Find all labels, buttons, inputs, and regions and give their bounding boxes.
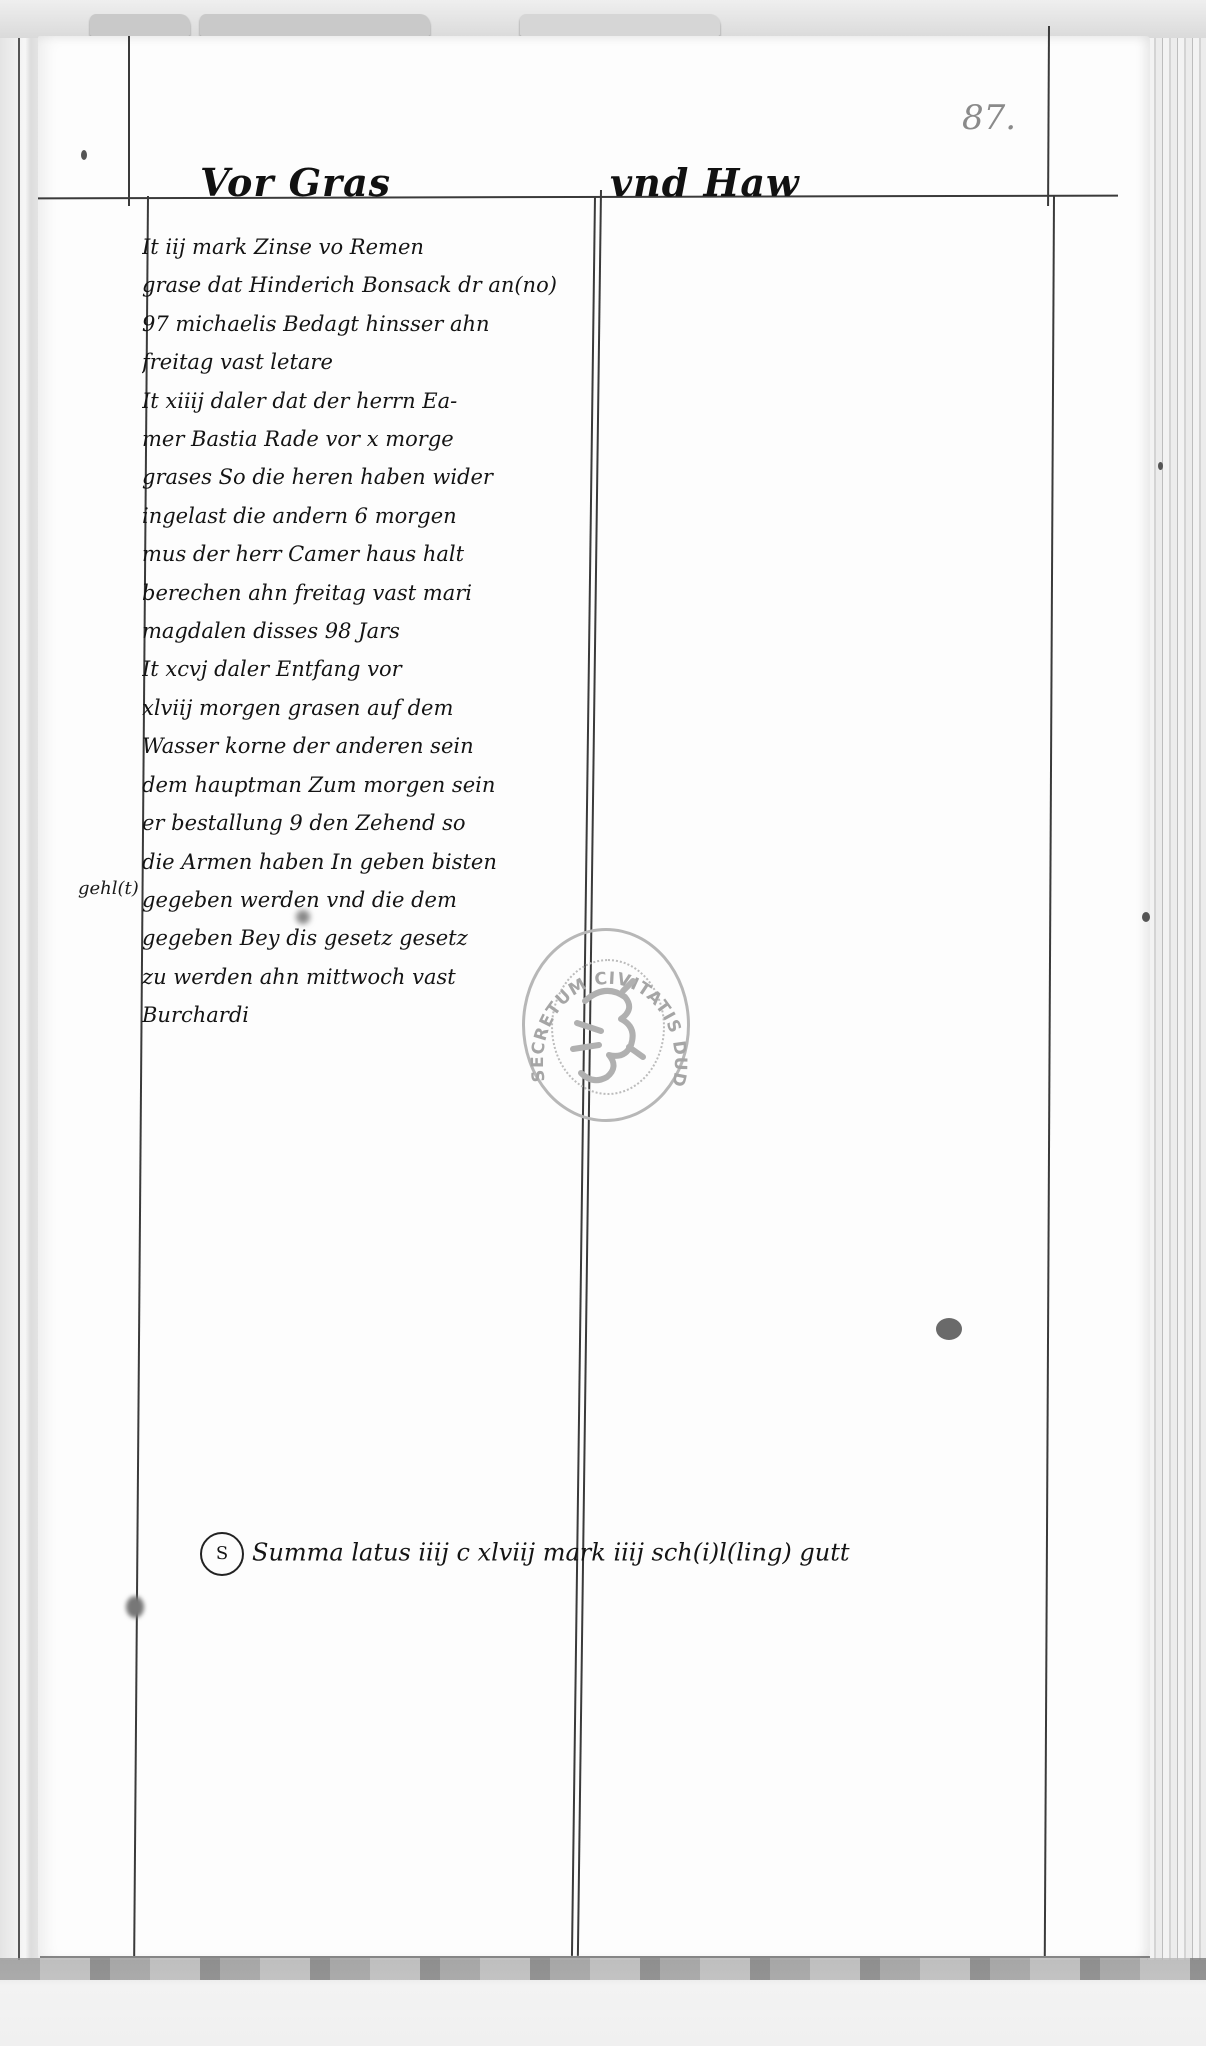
- entry-line: berechen ahn freitag vast mari: [142, 574, 612, 612]
- entry-line: ingelast die andern 6 morgen: [142, 497, 612, 535]
- summary-text: Summa latus iiij c xlviij mark iiij sch(…: [252, 1539, 849, 1567]
- entry-line: dem hauptman Zum morgen sein: [142, 766, 612, 804]
- entry-line: die Armen haben In geben bisten: [142, 843, 612, 881]
- margin-rule-upper: [128, 36, 130, 206]
- ledger-entry: It xiiij daler dat der herrn Ea- mer Bas…: [142, 382, 612, 651]
- ink-spot: [1158, 462, 1163, 470]
- city-seal-stamp: SECRETUM CIVITATIS DUDERSTADIENSIS: [522, 928, 690, 1122]
- entry-line: grase dat Hinderich Bonsack dr an(no): [142, 266, 612, 304]
- page-number: 87.: [962, 98, 1016, 138]
- entry-line: It iij mark Zinse vo Remen: [142, 228, 612, 266]
- torn-paper-fragment: [200, 14, 430, 36]
- margin-note: gehl(t): [78, 878, 139, 899]
- ledger-entries: It iij mark Zinse vo Remen grase dat Hin…: [142, 228, 612, 1035]
- entry-line: magdalen disses 98 Jars: [142, 612, 612, 650]
- entry-line: It xcvj daler Entfang vor: [142, 650, 612, 688]
- entry-line: er bestallung 9 den Zehend so: [142, 804, 612, 842]
- entry-line: freitag vast letare: [142, 343, 612, 381]
- scan-top-edge: [0, 0, 1206, 40]
- entry-line: grases So die heren haben wider: [142, 458, 612, 496]
- torn-paper-fragment: [90, 14, 190, 36]
- book-bottom-edge: [0, 1958, 1206, 1980]
- ink-spot: [126, 1596, 144, 1618]
- torn-paper-fragment: [520, 14, 720, 36]
- ink-spot: [296, 910, 310, 924]
- entry-line: mer Bastia Rade vor x morge: [142, 420, 612, 458]
- entry-line: 97 michaelis Bedagt hinsser ahn: [142, 305, 612, 343]
- entry-line: Wasser korne der anderen sein: [142, 727, 612, 765]
- svg-text:SECRETUM CIVITATIS DUDERSTADIE: SECRETUM CIVITATIS DUDERSTADIENSIS: [525, 931, 690, 1089]
- seal-legend: SECRETUM CIVITATIS DUDERSTADIENSIS: [525, 931, 690, 1089]
- ledger-entry: It iij mark Zinse vo Remen grase dat Hin…: [142, 228, 612, 382]
- entry-line: xlviij morgen grasen auf dem: [142, 689, 612, 727]
- ink-spot: [81, 150, 87, 160]
- entry-line: It xiiij daler dat der herrn Ea-: [142, 382, 612, 420]
- heading-right: vnd Haw: [610, 160, 800, 205]
- ink-spot: [936, 1318, 962, 1340]
- ink-spot: [1142, 912, 1150, 922]
- heading-left: Vor Gras: [200, 160, 391, 205]
- summary-initial: S: [200, 1532, 244, 1576]
- entry-line: mus der herr Camer haus halt: [142, 535, 612, 573]
- entry-line: gegeben werden vnd die dem: [142, 881, 612, 919]
- rampant-lion-icon: SECRETUM CIVITATIS DUDERSTADIENSIS: [525, 931, 693, 1125]
